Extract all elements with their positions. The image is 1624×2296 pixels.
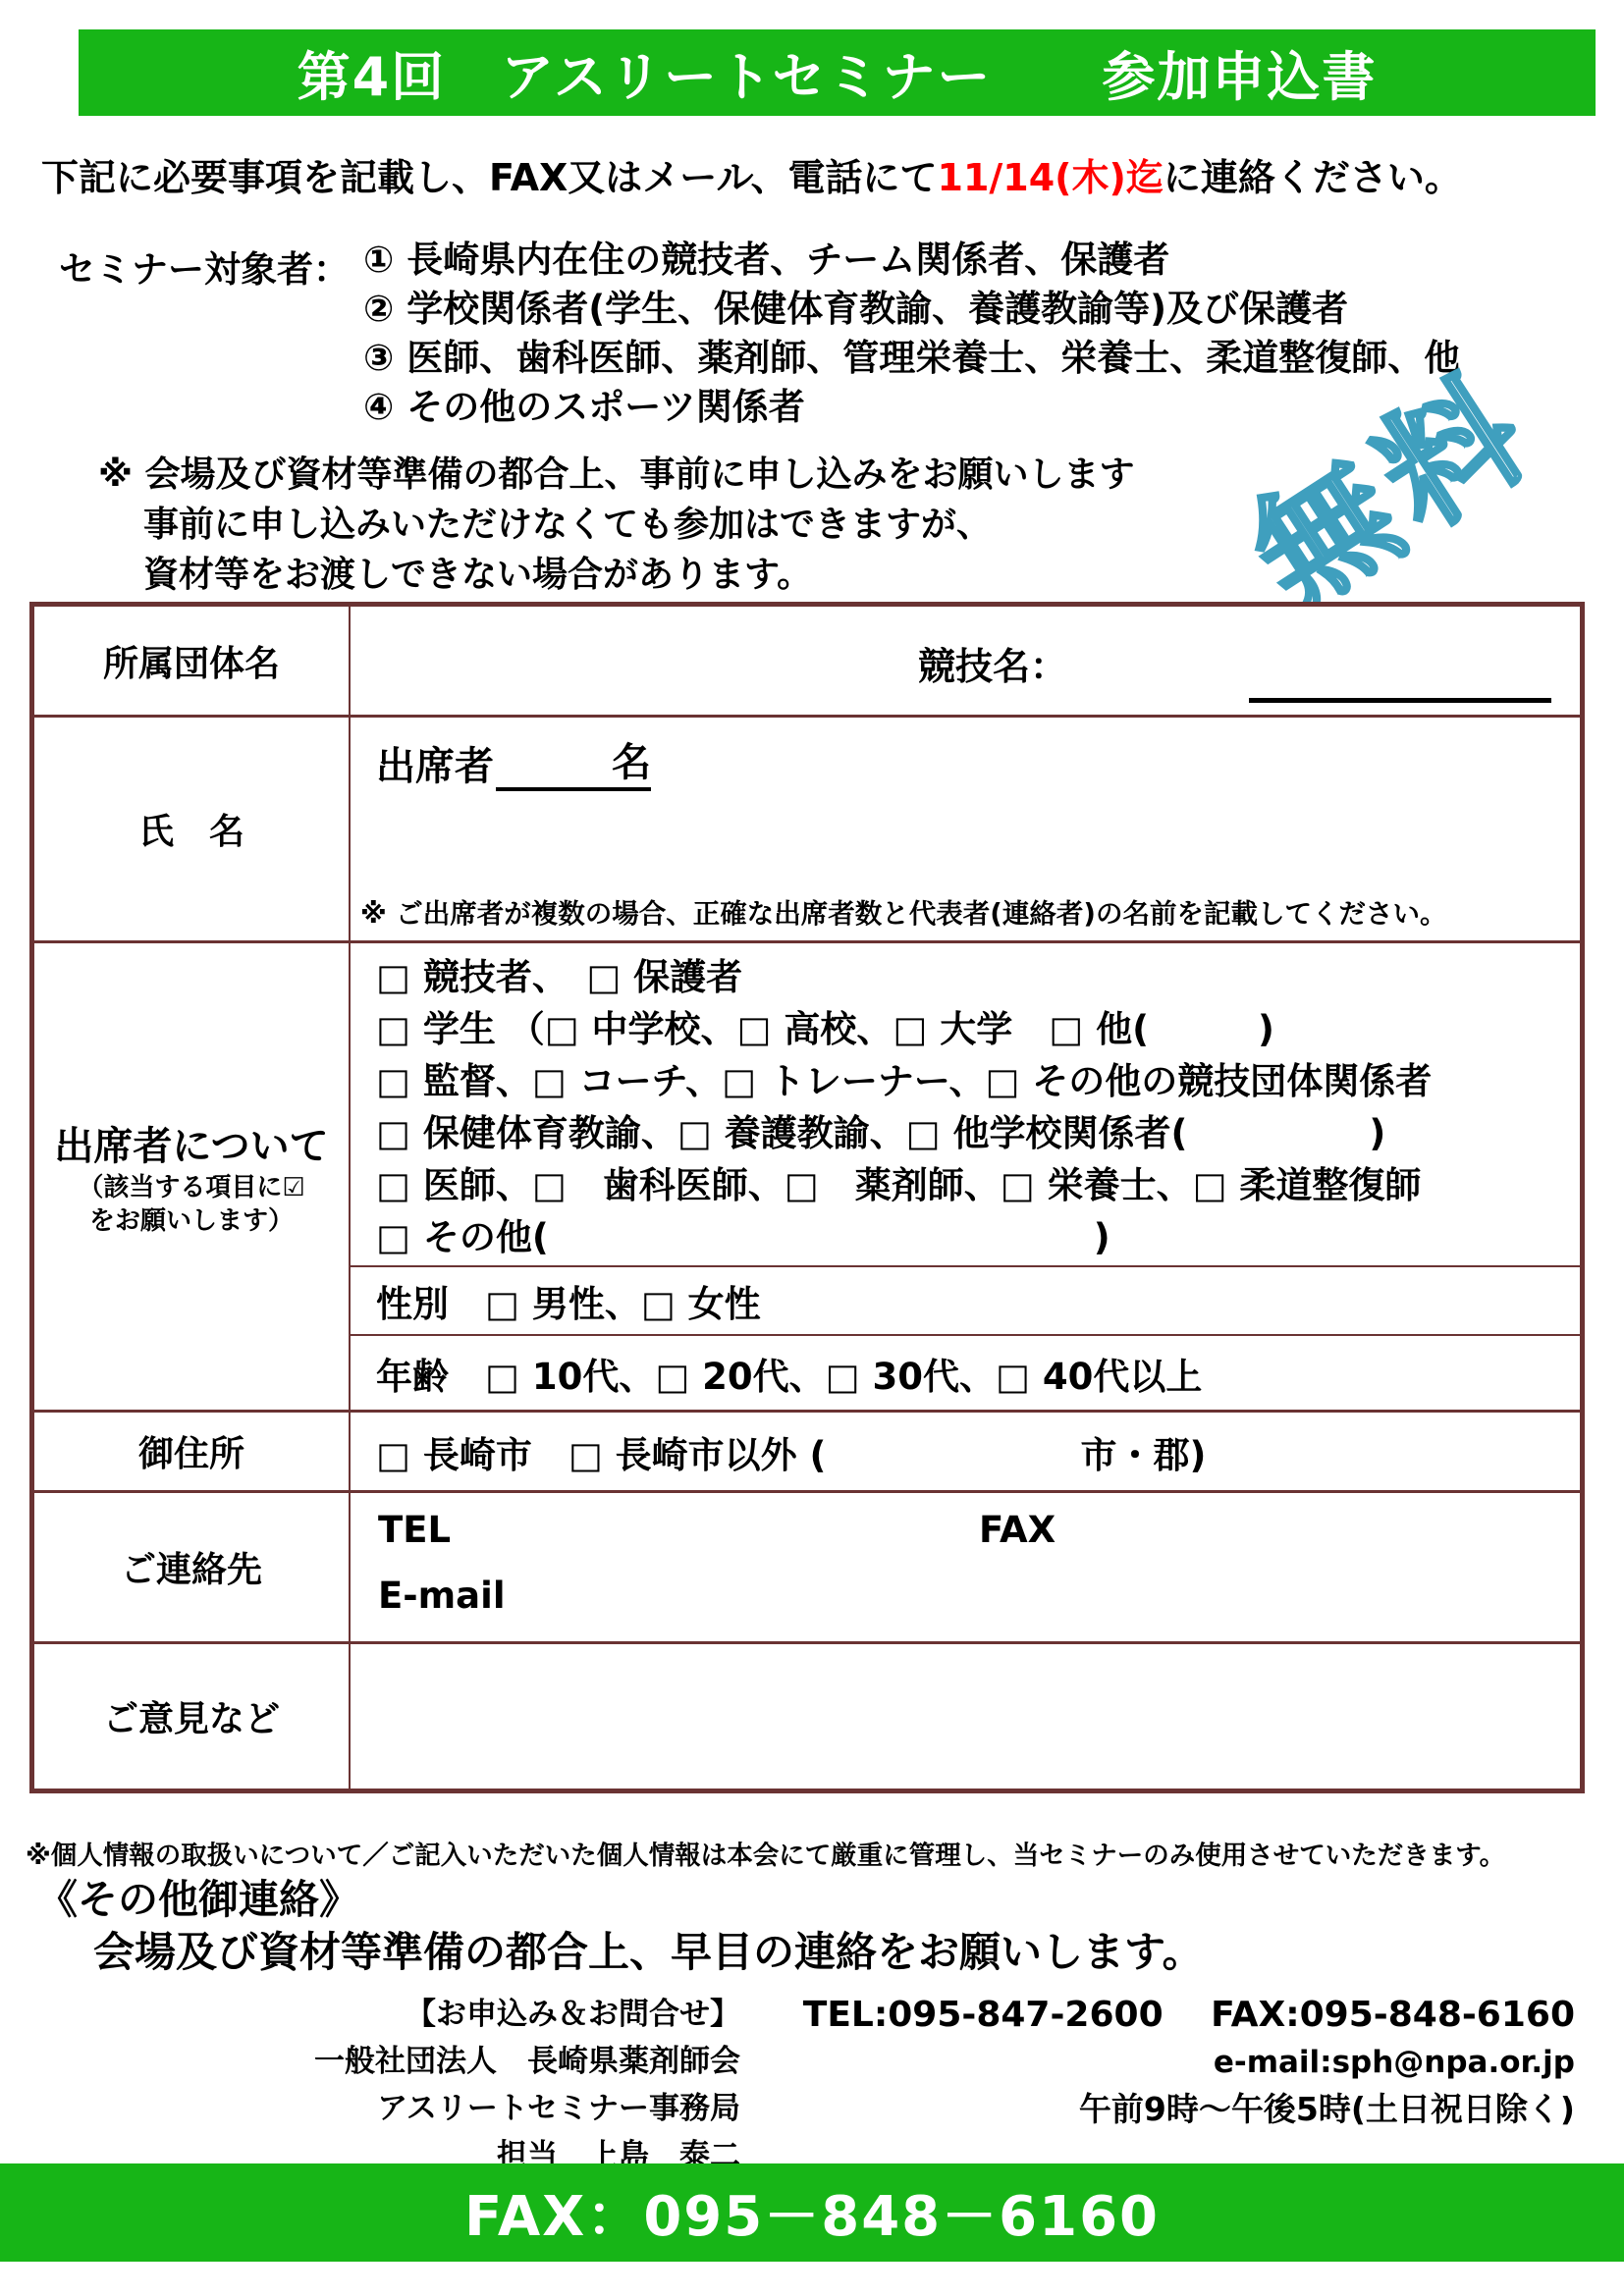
audience-item-2: ② 学校関係者(学生、保健体育教諭、養護教諭等)及び保護者 — [363, 285, 1460, 334]
attendees-sublabel-1: （該当する項目に☑ — [78, 1171, 304, 1204]
event-name-label: 競技名： — [918, 636, 1067, 690]
address-label-cell: 御住所 — [34, 1413, 351, 1490]
fax-banner-text: FAX：095－848－6160 — [464, 2173, 1160, 2252]
event-name-blank-line[interactable] — [1249, 666, 1551, 703]
organization-input-cell[interactable]: 競技名： — [351, 607, 1580, 715]
row-attendees: 出席者について （該当する項目に☑ をお願いします） □ 競技者、 □ 保護者 … — [34, 940, 1580, 1410]
contact-label: ご連絡先 — [121, 1542, 262, 1592]
name-label-cell: 氏 名 — [34, 718, 351, 940]
contact-label-cell: ご連絡先 — [34, 1493, 351, 1641]
prenote-line-2: 事前に申し込みいただけなくても参加はできますが、 — [98, 500, 1135, 550]
address-label: 御住所 — [138, 1426, 244, 1476]
attendees-sublabel-2: をお願いします） — [89, 1204, 294, 1238]
opinion-label-cell: ご意見など — [34, 1644, 351, 1789]
apply-org: 一般社団法人 長崎県薬剤師会 — [0, 2038, 740, 2085]
gender-checkbox-row[interactable]: 性別 □ 男性、□ 女性 — [351, 1267, 1580, 1336]
name-note: ※ ご出席者が複数の場合、正確な出席者数と代表者(連絡者)の名前を記載してくださ… — [360, 891, 1446, 931]
row-address: 御住所 □ 長崎市 □ 長崎市以外 ( 市・郡) — [34, 1410, 1580, 1490]
attendee-count-pre: 出席者 — [376, 735, 494, 791]
intro-line: 下記に必要事項を記載し、FAX又はメール、電話にて11/14(木)迄に連絡くださ… — [41, 147, 1462, 201]
option-line-5[interactable]: □ 医師、□ 歯科医師、□ 薬剤師、□ 栄養士、□ 柔道整復師 — [376, 1159, 1580, 1211]
other-contact-heading: 《その他御連絡》 — [37, 1867, 359, 1925]
attendees-label-cell: 出席者について （該当する項目に☑ をお願いします） — [34, 943, 351, 1410]
other-contact-line: 会場及び資材等準備の都合上、早目の連絡をお願いします。 — [93, 1920, 1204, 1979]
apply-office: アスリートセミナー事務局 — [0, 2085, 740, 2132]
contact-input-cell[interactable]: TEL FAX E-mail — [351, 1493, 1580, 1641]
pre-registration-note: ※ 会場及び資材等準備の都合上、事前に申し込みをお願いします 事前に申し込みいた… — [98, 450, 1135, 600]
row-contact: ご連絡先 TEL FAX E-mail — [34, 1490, 1580, 1641]
audience-label: セミナー対象者： — [59, 240, 350, 432]
attendee-count-post: 名 — [612, 731, 651, 787]
intro-post: に連絡ください。 — [1164, 156, 1462, 199]
apply-heading: 【お申込み＆お問合せ】 — [0, 1991, 740, 2038]
option-line-1[interactable]: □ 競技者、 □ 保護者 — [376, 951, 1580, 1003]
tel-field-label: TEL — [378, 1509, 451, 1551]
attendees-options-cell: □ 競技者、 □ 保護者 □ 学生 （□ 中学校、□ 高校、□ 大学 □ 他( … — [351, 943, 1580, 1410]
attendee-category-options: □ 競技者、 □ 保護者 □ 学生 （□ 中学校、□ 高校、□ 大学 □ 他( … — [351, 943, 1580, 1267]
fax-field-label: FAX — [979, 1509, 1056, 1551]
attendee-count-blank[interactable]: 名 — [496, 731, 651, 791]
audience-items: ① 長崎県内在住の競技者、チーム関係者、保護者 ② 学校関係者(学生、保健体育教… — [363, 236, 1460, 432]
attendees-label: 出席者について — [54, 1115, 328, 1171]
seminar-audience: セミナー対象者： ① 長崎県内在住の競技者、チーム関係者、保護者 ② 学校関係者… — [59, 236, 1460, 432]
option-line-3[interactable]: □ 監督、□ コーチ、□ トレーナー、□ その他の競技団体関係者 — [376, 1055, 1580, 1107]
opinion-input-cell[interactable] — [351, 1644, 1580, 1789]
audience-item-1: ① 長崎県内在住の競技者、チーム関係者、保護者 — [363, 236, 1460, 285]
deadline-text: 11/14(木)迄 — [938, 156, 1164, 199]
email-field-label: E-mail — [378, 1575, 1580, 1617]
row-name: 氏 名 出席者名 ※ ご出席者が複数の場合、正確な出席者数と代表者(連絡者)の名… — [34, 715, 1580, 940]
contact-info-block: 【お申込み＆お問合せ】 一般社団法人 長崎県薬剤師会 アスリートセミナー事務局 … — [0, 1991, 1624, 2179]
name-input-cell[interactable]: 出席者名 ※ ご出席者が複数の場合、正確な出席者数と代表者(連絡者)の名前を記載… — [351, 718, 1580, 940]
page-title: 第4回 アスリートセミナー 参加申込書 — [298, 35, 1378, 111]
row-organization: 所属団体名 競技名： — [34, 607, 1580, 715]
attendee-count-line[interactable]: 出席者名 — [376, 731, 1580, 791]
phone-info: TEL:095-847-2600 FAX:095-848-6160 e-mail… — [740, 1991, 1624, 2179]
header-banner: 第4回 アスリートセミナー 参加申込書 — [79, 29, 1596, 116]
organization-label: 所属団体名 — [103, 636, 280, 686]
option-line-6[interactable]: □ その他( ) — [376, 1211, 1580, 1263]
option-line-4[interactable]: □ 保健体育教諭、□ 養護教諭、□ 他学校関係者( ) — [376, 1107, 1580, 1159]
name-label: 氏 名 — [138, 804, 244, 854]
row-opinion: ご意見など — [34, 1641, 1580, 1789]
intro-pre: 下記に必要事項を記載し、FAX又はメール、電話にて — [41, 156, 938, 199]
application-form-table: 所属団体名 競技名： 氏 名 出席者名 ※ ご出席者が複数の場合、正確な出席者数… — [29, 602, 1585, 1793]
age-checkbox-row[interactable]: 年齢 □ 10代、□ 20代、□ 30代、□ 40代以上 — [351, 1336, 1580, 1410]
prenote-line-3: 資材等をお渡しできない場合があります。 — [98, 550, 1135, 600]
prenote-line-1: ※ 会場及び資材等準備の都合上、事前に申し込みをお願いします — [98, 450, 1135, 500]
fax-banner: FAX：095－848－6160 — [0, 2163, 1624, 2262]
office-info: 【お申込み＆お問合せ】 一般社団法人 長崎県薬剤師会 アスリートセミナー事務局 … — [0, 1991, 740, 2179]
organization-label-cell: 所属団体名 — [34, 607, 351, 715]
apply-tel-fax: TEL:095-847-2600 FAX:095-848-6160 — [740, 1991, 1575, 2040]
opinion-label: ご意見など — [103, 1691, 280, 1741]
option-line-2[interactable]: □ 学生 （□ 中学校、□ 高校、□ 大学 □ 他( ) — [376, 1003, 1580, 1055]
address-checkbox-row[interactable]: □ 長崎市 □ 長崎市以外 ( 市・郡) — [351, 1413, 1580, 1490]
audience-item-4: ④ その他のスポーツ関係者 — [363, 383, 1460, 432]
apply-email: e-mail:sph@npa.or.jp — [740, 2040, 1575, 2085]
audience-item-3: ③ 医師、歯科医師、薬剤師、管理栄養士、栄養士、柔道整復師、他 — [363, 334, 1460, 383]
apply-hours: 午前9時～午後5時(土日祝日除く) — [740, 2085, 1575, 2134]
